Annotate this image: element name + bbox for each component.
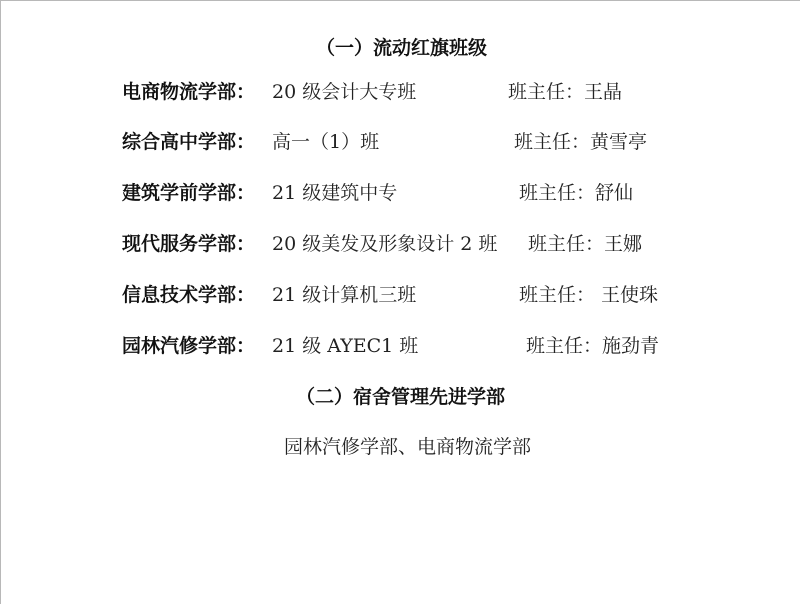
department-label: 现代服务学部： [122,232,255,256]
award-row: 建筑学前学部： 21 级建筑中专 班主任：舒仙 [0,181,800,205]
class-name: 20 级美发及形象设计 2 班 [272,232,497,256]
award-row: 电商物流学部： 20 级会计大专班 班主任：王晶 [0,80,800,104]
department-label: 综合高中学部： [122,130,255,154]
head-teacher: 班主任：黄雪亭 [514,130,647,154]
department-label: 信息技术学部： [122,283,255,307]
head-teacher: 班主任：王娜 [528,232,642,256]
department-label: 建筑学前学部： [122,181,255,205]
head-teacher: 班主任：王晶 [508,80,622,104]
award-row: 园林汽修学部： 21 级 AYEC1 班 班主任：施劲青 [0,334,800,358]
class-name: 21 级 AYEC1 班 [272,334,418,358]
award-row: 综合高中学部： 高一（1）班 班主任：黄雪亭 [0,130,800,154]
department-label: 园林汽修学部： [122,334,255,358]
section-title-dorm-management: （二）宿舍管理先进学部 [296,385,505,409]
head-teacher: 班主任：施劲青 [526,334,659,358]
department-label: 电商物流学部： [122,80,255,104]
award-row: 现代服务学部： 20 级美发及形象设计 2 班 班主任：王娜 [0,232,800,256]
class-name: 20 级会计大专班 [272,80,416,104]
section-title-mobile-red-flag: （一）流动红旗班级 [316,36,487,60]
class-name: 21 级建筑中专 [272,181,397,205]
class-name: 21 级计算机三班 [272,283,416,307]
head-teacher: 班主任：舒仙 [519,181,633,205]
class-name: 高一（1）班 [272,130,379,154]
award-row: 信息技术学部： 21 级计算机三班 班主任： 王使珠 [0,283,800,307]
head-teacher: 班主任： 王使珠 [519,283,658,307]
dorm-award-departments: 园林汽修学部、电商物流学部 [284,435,531,459]
